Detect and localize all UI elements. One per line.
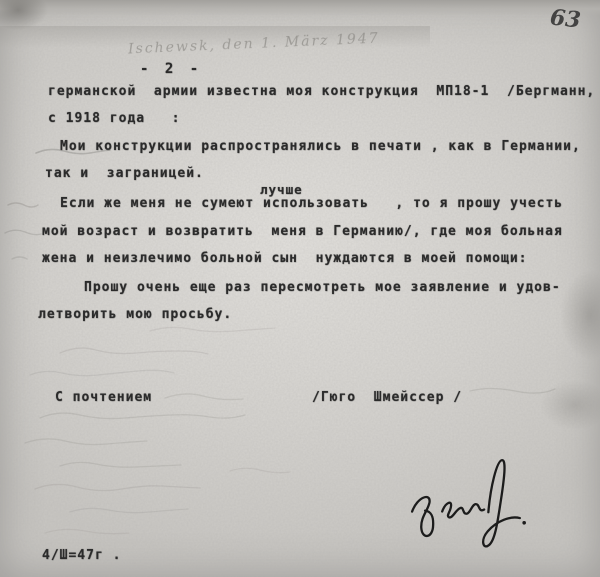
letter-line: с 1918 года : bbox=[48, 111, 180, 126]
letter-line: так и заграницей. bbox=[45, 166, 204, 181]
letter-line: Если же меня не сумеют использовать , то… bbox=[60, 196, 563, 211]
letter-line: жена и неизлечимо больной сын нуждаются … bbox=[42, 251, 527, 266]
scan-blotch bbox=[540, 380, 600, 430]
scanned-letter-page: 63 Ischewsk, den 1. März 1947 - 2 - герм… bbox=[0, 0, 600, 577]
typed-page-label: - 2 - bbox=[140, 62, 202, 77]
letter-line: мой возраст и возвратить меня в Германию… bbox=[42, 224, 563, 239]
letter-line: Мои конструкции распространялись в печат… bbox=[60, 139, 581, 154]
letter-line: германской армии известна моя конструкци… bbox=[48, 84, 595, 99]
closing-salutation: С почтением bbox=[55, 390, 152, 405]
interline-insertion: лучше bbox=[260, 182, 303, 197]
scan-blotch bbox=[560, 270, 600, 360]
typed-signature: /Гюго Шмейссер / bbox=[312, 390, 462, 405]
letter-line: Прошу очень еще раз пересмотреть мое зая… bbox=[84, 280, 561, 295]
handwritten-signature bbox=[398, 448, 528, 548]
letter-line: летворить мою просьбу. bbox=[38, 307, 232, 322]
handwritten-page-number: 63 bbox=[549, 4, 582, 33]
scan-edge-shadow-top bbox=[0, 0, 600, 16]
date-stamp: 4/Ш=47г . bbox=[42, 548, 121, 563]
